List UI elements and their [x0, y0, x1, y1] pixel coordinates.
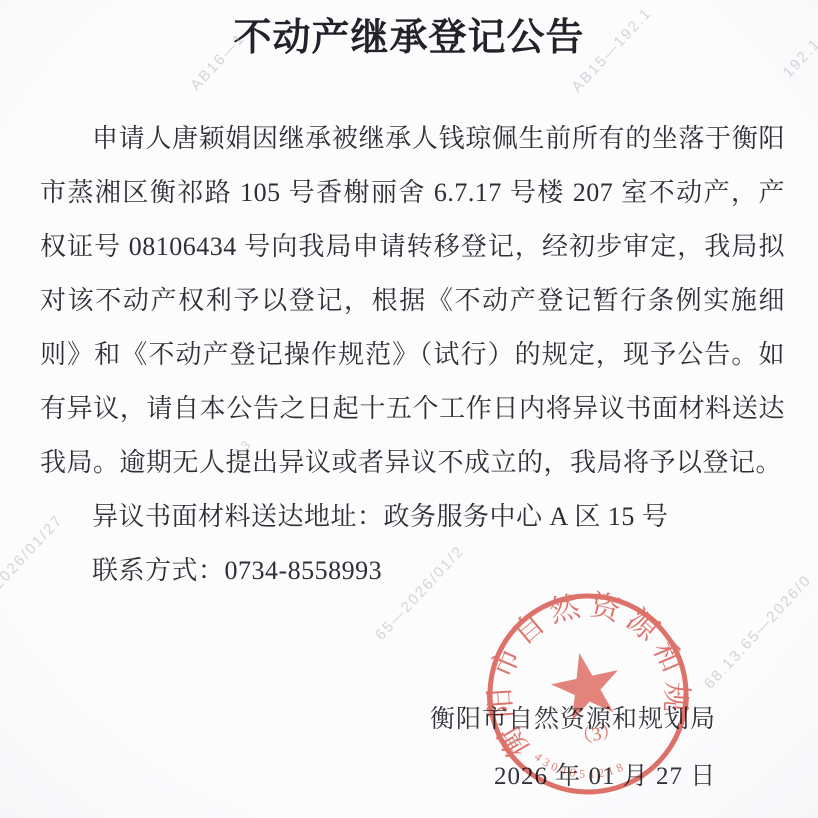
seal-star-icon: [546, 646, 627, 724]
body-paragraph: 申请人唐颖娟因继承被继承人钱琼佩生前所有的坐落于衡阳市蒸湘区衡祁路 105 号香…: [40, 112, 785, 490]
notice-title: 不动产继承登记公告: [0, 6, 818, 61]
seal-index-label: （3）: [571, 718, 622, 749]
notice-body: 申请人唐颖娟因继承被继承人钱琼佩生前所有的坐落于衡阳市蒸湘区衡祁路 105 号香…: [40, 112, 785, 598]
notice-document-page: AB16—1 AB15—192.1 192.1 2026/01/27 65—20…: [0, 0, 818, 818]
address-line: 异议书面材料送达地址：政务服务中心 A 区 15 号: [40, 490, 785, 544]
official-seal: 衡阳市自然资源和规划局 （3） 4304051218: [478, 584, 698, 804]
